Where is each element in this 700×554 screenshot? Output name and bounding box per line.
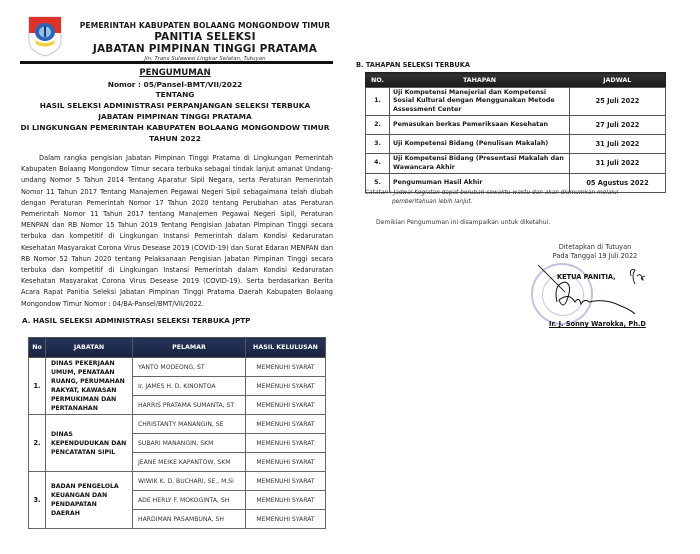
announcement-body: Dalam rangka pengisian Jabatan Pimpinan … bbox=[21, 153, 333, 310]
column-header-schedule: JADWAL bbox=[570, 73, 666, 88]
result-status: MEMENUHI SYARAT bbox=[246, 510, 326, 529]
column-header-stage: TAHAPAN bbox=[390, 73, 570, 88]
row-number: 1. bbox=[366, 88, 390, 116]
announcement-heading: PENGUMUMAN bbox=[10, 68, 340, 78]
announcement-title: PENGUMUMAN Nomor : 05/Pansel-BMT/VII/202… bbox=[10, 68, 340, 144]
applicant-name: Ir. JAMES H. D. KINONTOA bbox=[133, 377, 246, 396]
applicant-name: HARDIMAN PASAMBUNA, SH bbox=[133, 510, 246, 529]
applicant-name: HARRIS PRATAMA SUMANTA, ST bbox=[133, 396, 246, 415]
result-status: MEMENUHI SYARAT bbox=[246, 377, 326, 396]
result-status: MEMENUHI SYARAT bbox=[246, 415, 326, 434]
closing-statement: Demikian Pengumuman ini disampaikan untu… bbox=[376, 219, 550, 226]
row-number: 2. bbox=[366, 116, 390, 135]
applicant-name: ADE HERLY F. MOKOGINTA, SH bbox=[133, 491, 246, 510]
announcement-number: Nomor : 05/Pansel-BMT/VII/2022 bbox=[10, 80, 340, 90]
column-header-no: NO. bbox=[366, 73, 390, 88]
table-row: 3.Uji Kompetensi Bidang (Penulisan Makal… bbox=[366, 135, 666, 154]
letterhead-position: JABATAN PIMPINAN TINGGI PRATAMA bbox=[60, 43, 350, 55]
table-row: 1.Uji Kompetensi Manejerial dan Kompeten… bbox=[366, 88, 666, 116]
row-number: 4. bbox=[366, 154, 390, 174]
applicant-name: CHRISTANTY MANANGIN, SE bbox=[133, 415, 246, 434]
result-status: MEMENUHI SYARAT bbox=[246, 396, 326, 415]
announcement-page-right: B. TAHAPAN SELEKSI TERBUKA NO. TAHAPAN J… bbox=[350, 0, 700, 554]
stage-date: 27 Juli 2022 bbox=[570, 116, 666, 135]
result-status: MEMENUHI SYARAT bbox=[246, 453, 326, 472]
administration-results-table: No JABATAN PELAMAR HASIL KELULUSAN 1.DIN… bbox=[28, 337, 326, 529]
announcement-about: TENTANG bbox=[10, 90, 340, 100]
signature-icon bbox=[535, 262, 655, 324]
row-number: 3. bbox=[366, 135, 390, 154]
stage-name: Uji Kompetensi Bidang (Penulisan Makalah… bbox=[390, 135, 570, 154]
column-header-applicant: PELAMAR bbox=[133, 338, 246, 358]
section-b-title: B. TAHAPAN SELEKSI TERBUKA bbox=[356, 61, 470, 69]
column-header-result: HASIL KELULUSAN bbox=[246, 338, 326, 358]
table-row: 2.Pemasukan berkas Pemeriksaan Kesehatan… bbox=[366, 116, 666, 135]
table-header-row: No JABATAN PELAMAR HASIL KELULUSAN bbox=[29, 338, 326, 358]
subject-line: TAHUN 2022 bbox=[10, 133, 340, 144]
schedule-note-line: Catatan : Jadwal Kegiatan dapat berubah … bbox=[365, 189, 665, 198]
applicant-name: JEANE MEIKE KAPANTOW, SKM bbox=[133, 453, 246, 472]
position-name: BADAN PENGELOLA KEUANGAN DAN PENDAPATAN … bbox=[46, 472, 133, 529]
result-status: MEMENUHI SYARAT bbox=[246, 472, 326, 491]
letterhead-government: PEMERINTAH KABUPATEN BOLAANG MONGONDOW T… bbox=[60, 21, 350, 30]
issuance-block: Ditetapkan di Tutuyan Pada Tanggal 19 Ju… bbox=[530, 243, 660, 261]
applicant-name: WIWIK K. D. BUCHARI, SE., M.Si bbox=[133, 472, 246, 491]
table-row: 2.DINAS KEPENDUDUKAN DAN PENCATATAN SIPI… bbox=[29, 415, 326, 434]
row-number: 1. bbox=[29, 358, 46, 415]
applicant-name: SUBARI MANANGIN, SKM bbox=[133, 434, 246, 453]
section-a-title: A. HASIL SELEKSI ADMINISTRASI SELEKSI TE… bbox=[22, 316, 250, 325]
letterhead-divider bbox=[20, 61, 333, 64]
table-row: 4.Uji Kompetensi Bidang (Presentasi Maka… bbox=[366, 154, 666, 174]
regency-crest-icon bbox=[27, 15, 63, 57]
table-row: 3.BADAN PENGELOLA KEUANGAN DAN PENDAPATA… bbox=[29, 472, 326, 491]
letterhead: PEMERINTAH KABUPATEN BOLAANG MONGONDOW T… bbox=[60, 15, 350, 62]
issuance-date: Pada Tanggal 19 Juli 2022 bbox=[530, 252, 660, 261]
schedule-note: Catatan : Jadwal Kegiatan dapat berubah … bbox=[365, 189, 665, 207]
issuance-place: Ditetapkan di Tutuyan bbox=[530, 243, 660, 252]
subject-line: DI LINGKUNGAN PEMERINTAH KABUPATEN BOLAA… bbox=[10, 122, 340, 133]
signer-name: Ir. J. Sonny Warokka, Ph.D bbox=[549, 320, 646, 328]
applicant-name: YANTO MODEONG, ST bbox=[133, 358, 246, 377]
position-name: DINAS KEPENDUDUKAN DAN PENCATATAN SIPIL bbox=[46, 415, 133, 472]
stage-date: 25 Juli 2022 bbox=[570, 88, 666, 116]
row-number: 2. bbox=[29, 415, 46, 472]
stage-name: Uji Kompetensi Bidang (Presentasi Makala… bbox=[390, 154, 570, 174]
schedule-note-line: pemberitahuan lebih lanjut. bbox=[365, 198, 665, 207]
stage-name: Pemasukan berkas Pemeriksaan Kesehatan bbox=[390, 116, 570, 135]
subject-line: JABATAN PIMPINAN TINGGI PRATAMA bbox=[10, 111, 340, 122]
column-header-no: No bbox=[29, 338, 46, 358]
selection-schedule-table: NO. TAHAPAN JADWAL 1.Uji Kompetensi Mane… bbox=[365, 72, 666, 193]
result-status: MEMENUHI SYARAT bbox=[246, 358, 326, 377]
subject-line: HASIL SELEKSI ADMINISTRASI PERPANJANGAN … bbox=[10, 100, 340, 111]
stage-name: Uji Kompetensi Manejerial dan Kompetensi… bbox=[390, 88, 570, 116]
table-header-row: NO. TAHAPAN JADWAL bbox=[366, 73, 666, 88]
result-status: MEMENUHI SYARAT bbox=[246, 491, 326, 510]
stage-date: 31 Juli 2022 bbox=[570, 154, 666, 174]
letterhead-committee: PANITIA SELEKSI bbox=[60, 31, 350, 43]
column-header-position: JABATAN bbox=[46, 338, 133, 358]
table-row: 1.DINAS PEKERJAAN UMUM, PENATAAN RUANG, … bbox=[29, 358, 326, 377]
stage-date: 31 Juli 2022 bbox=[570, 135, 666, 154]
position-name: DINAS PEKERJAAN UMUM, PENATAAN RUANG, PE… bbox=[46, 358, 133, 415]
row-number: 3. bbox=[29, 472, 46, 529]
announcement-page-left: PEMERINTAH KABUPATEN BOLAANG MONGONDOW T… bbox=[0, 0, 350, 554]
result-status: MEMENUHI SYARAT bbox=[246, 434, 326, 453]
